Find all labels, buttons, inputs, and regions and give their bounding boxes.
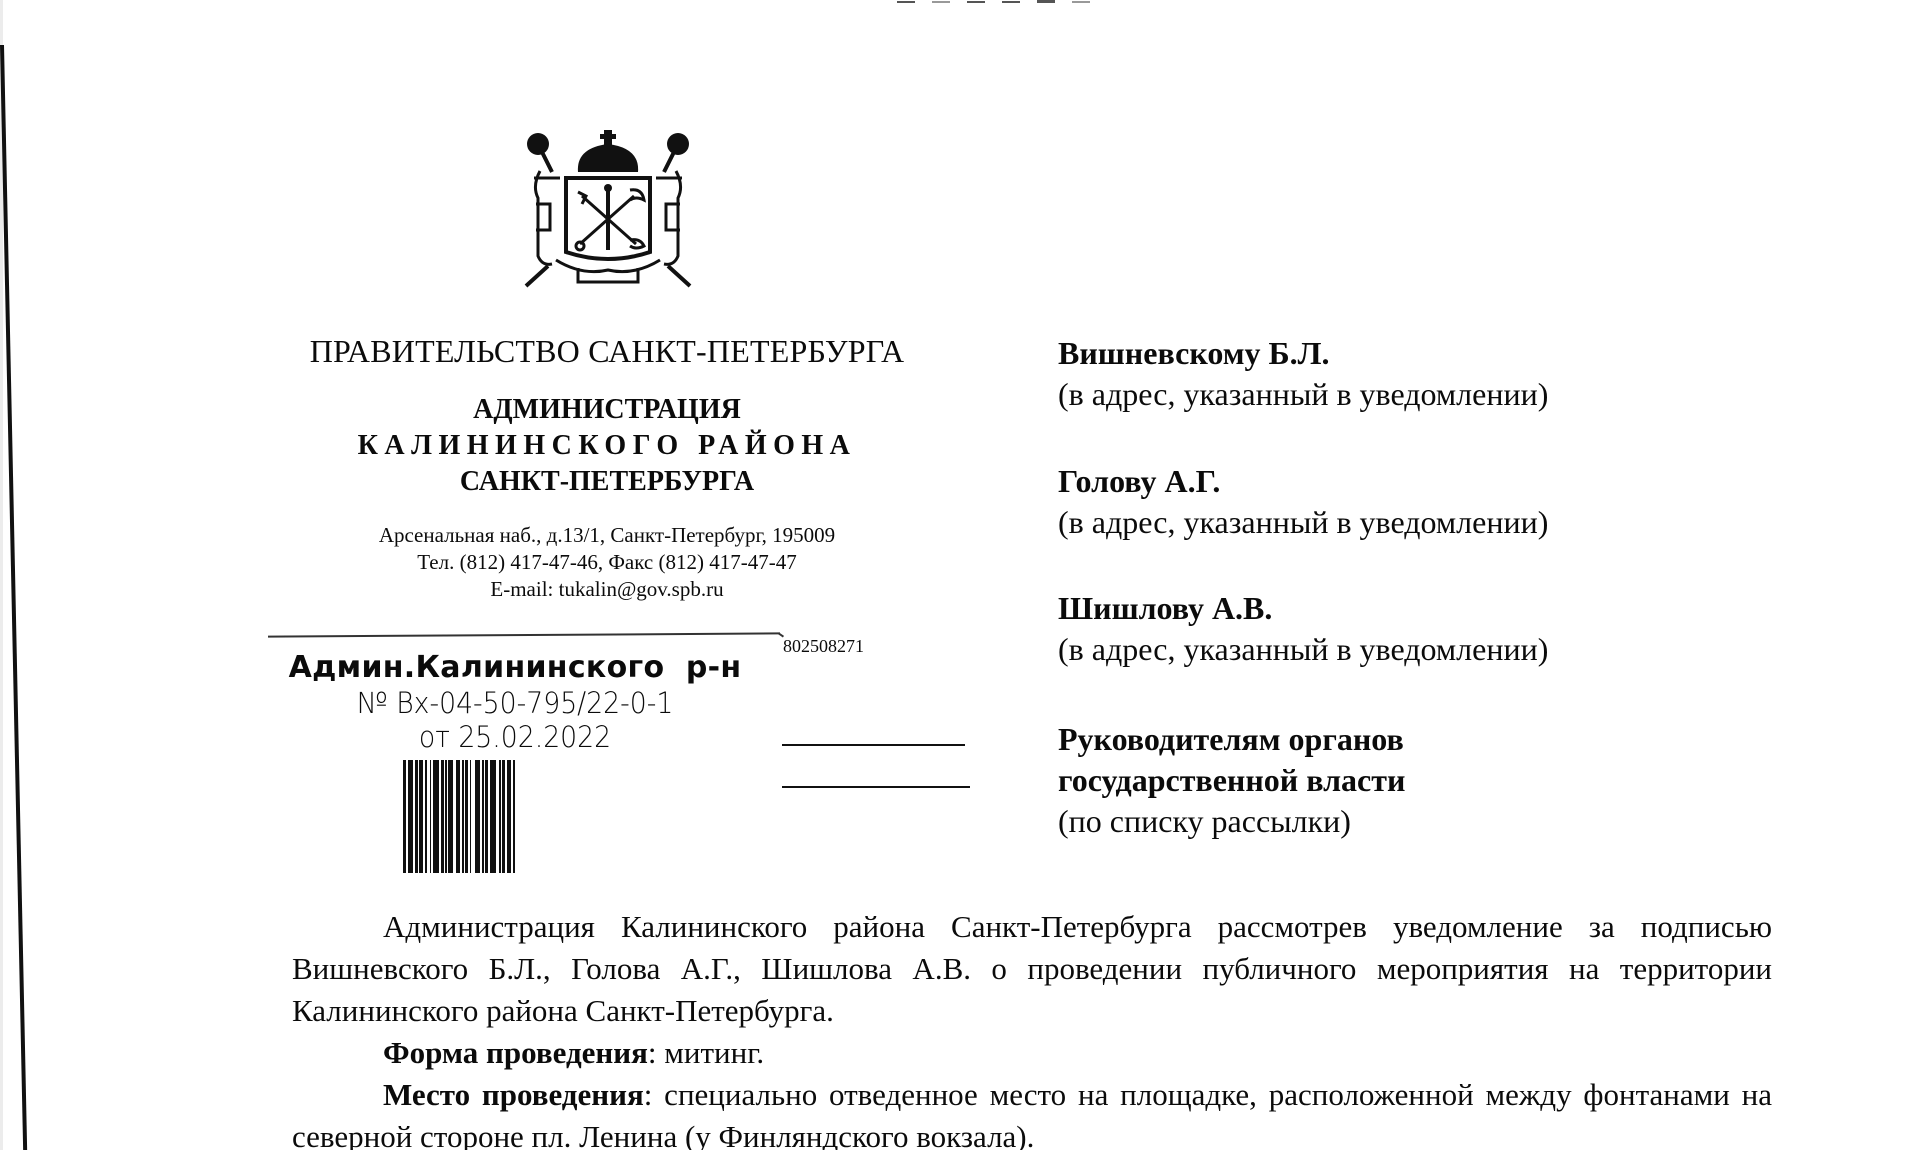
- place-paragraph: Место проведения: специально отведенное …: [292, 1074, 1772, 1150]
- administration-line: САНКТ-ПЕТЕРБУРГА: [262, 464, 952, 500]
- recipient-note: (по списку рассылки): [1058, 801, 1405, 842]
- form-value: : митинг.: [648, 1035, 764, 1070]
- administration-title: АДМИНИСТРАЦИЯ КАЛИНИНСКОГО РАЙОНА САНКТ-…: [262, 392, 952, 500]
- recipient-note: (в адрес, указанный в уведомлении): [1058, 629, 1548, 670]
- recipient-name: Шишлову А.В.: [1058, 588, 1548, 629]
- scan-edge-line: [0, 45, 27, 1150]
- administration-line: АДМИНИСТРАЦИЯ: [262, 392, 952, 428]
- email: E-mail: tukalin@gov.spb.ru: [262, 576, 952, 603]
- recipient-name: Вишневскому Б.Л.: [1058, 333, 1548, 374]
- phone-fax: Тел. (812) 417-47-46, Факс (812) 417-47-…: [262, 549, 952, 576]
- stamp-date: от 25.02.2022: [303, 720, 726, 754]
- registration-stamp: Админ.Калининского р-н № Вх-04-50-795/22…: [285, 650, 745, 754]
- document-page: ПРАВИТЕЛЬСТВО САНКТ-ПЕТЕРБУРГА АДМИНИСТР…: [0, 0, 1932, 1150]
- coat-of-arms-icon: [512, 126, 704, 292]
- barcode-icon: [403, 760, 643, 873]
- stamp-divider: [268, 632, 780, 637]
- stamp-number: № Вх-04-50-795/22-0-1: [303, 686, 726, 720]
- place-label: Место проведения: [383, 1077, 644, 1112]
- government-title: ПРАВИТЕЛЬСТВО САНКТ-ПЕТЕРБУРГА: [262, 333, 952, 370]
- recipient: Вишневскому Б.Л. (в адрес, указанный в у…: [1058, 333, 1548, 415]
- reference-number: 802508271: [783, 636, 864, 657]
- intro-paragraph: Администрация Калининского района Санкт-…: [292, 906, 1772, 1032]
- recipient: Голову А.Г. (в адрес, указанный в уведом…: [1058, 461, 1548, 543]
- recipient-note: (в адрес, указанный в уведомлении): [1058, 374, 1548, 415]
- administration-line: КАЛИНИНСКОГО РАЙОНА: [262, 428, 952, 464]
- form-label: Форма проведения: [383, 1035, 648, 1070]
- recipient: Шишлову А.В. (в адрес, указанный в уведо…: [1058, 588, 1548, 670]
- blank-line: [782, 786, 970, 788]
- contact-block: Арсенальная наб., д.13/1, Санкт-Петербур…: [262, 522, 952, 603]
- address: Арсенальная наб., д.13/1, Санкт-Петербур…: [262, 522, 952, 549]
- letter-body: Администрация Калининского района Санкт-…: [292, 906, 1772, 1150]
- recipient-name: государственной власти: [1058, 760, 1405, 801]
- recipient-name: Руководителям органов: [1058, 719, 1405, 760]
- recipient: Руководителям органов государственной вл…: [1058, 719, 1405, 842]
- recipient-name: Голову А.Г.: [1058, 461, 1548, 502]
- stamp-organization: Админ.Калининского р-н: [285, 650, 745, 686]
- form-paragraph: Форма проведения: митинг.: [292, 1032, 1772, 1074]
- recipient-note: (в адрес, указанный в уведомлении): [1058, 502, 1548, 543]
- blank-line: [782, 744, 965, 746]
